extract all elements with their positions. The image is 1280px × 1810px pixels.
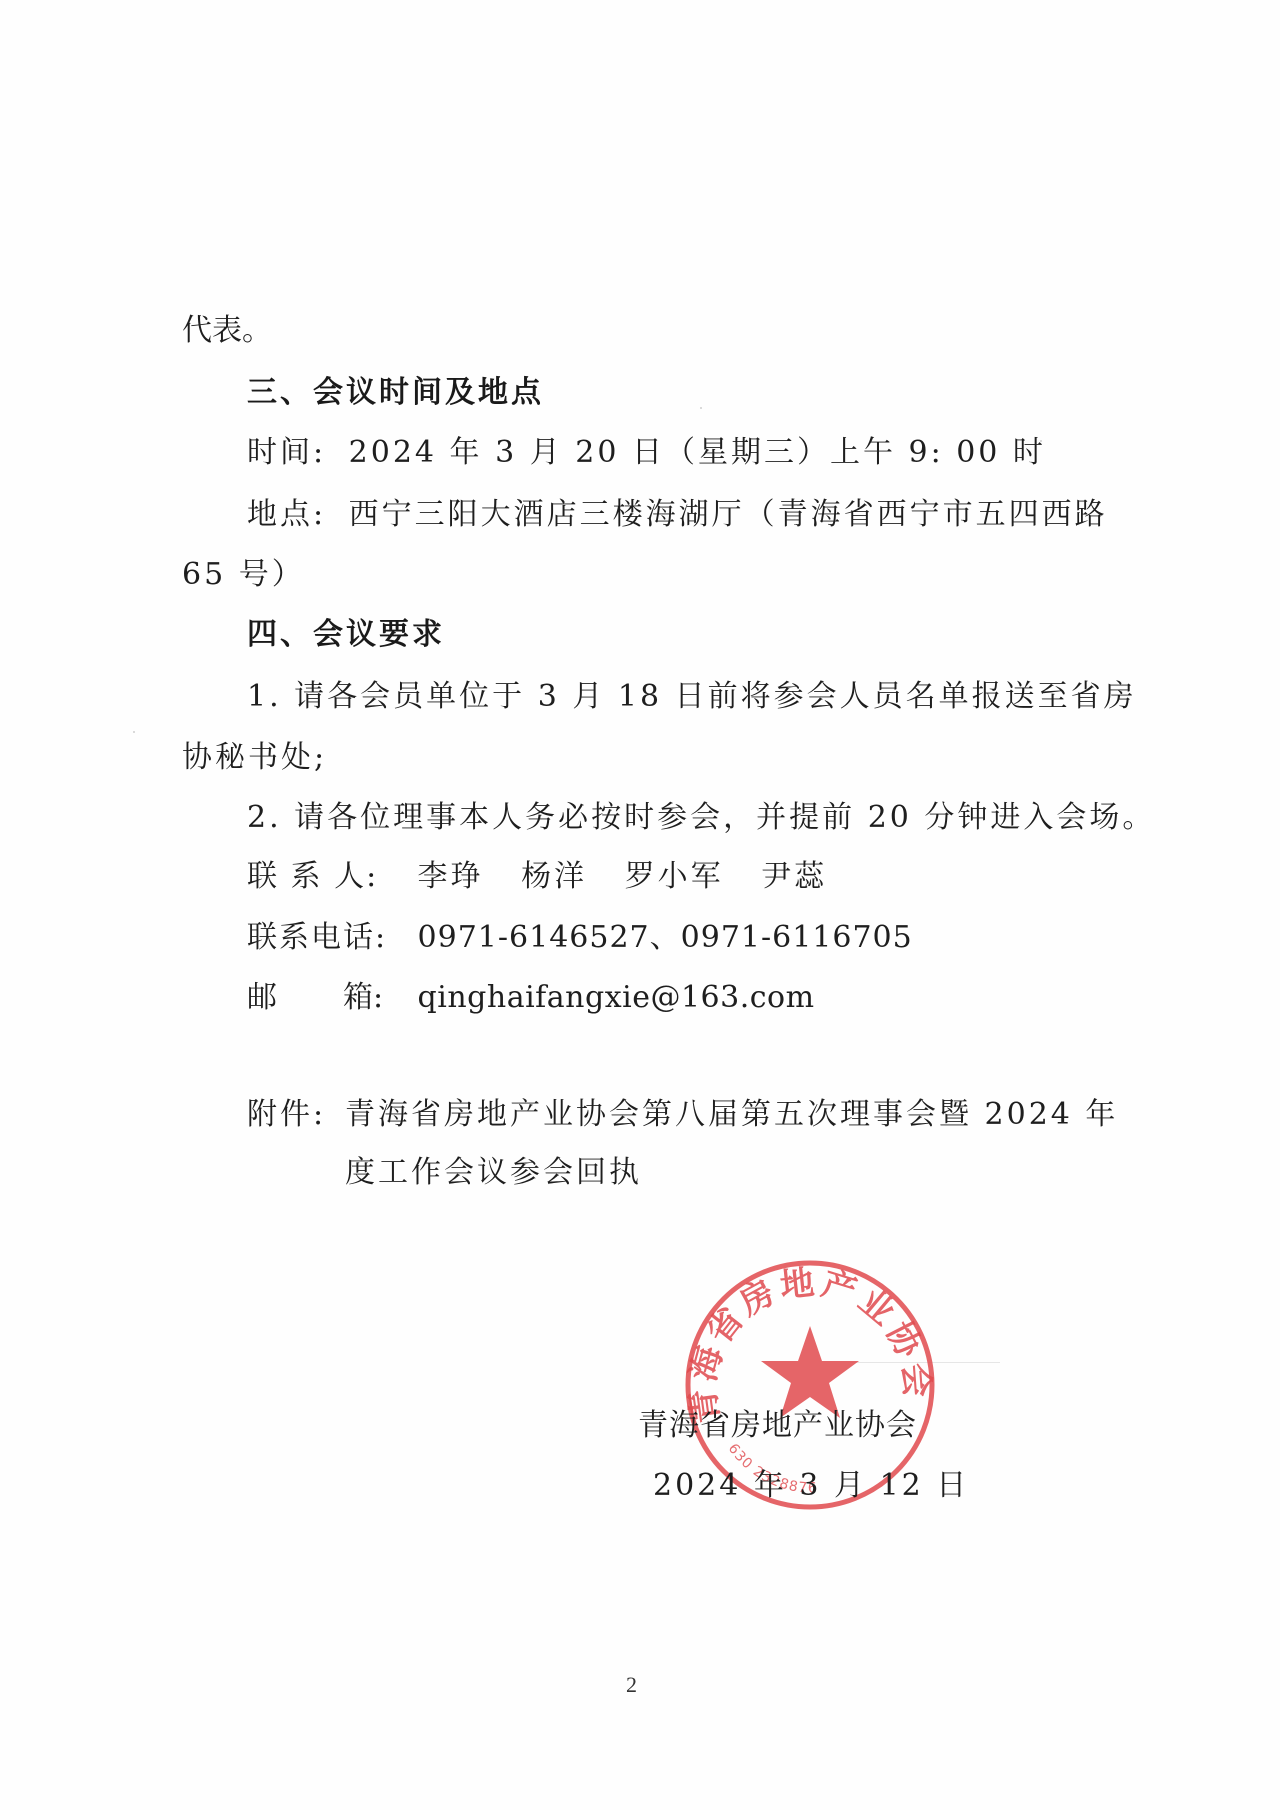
contact-persons-row: 联 系 人: 李琤 杨洋 罗小军 尹蕊 bbox=[247, 857, 827, 897]
requirement-item-1-continuation: 协秘书处; bbox=[182, 738, 327, 778]
contact-person: 尹蕊 bbox=[761, 859, 827, 894]
attachment-title-continuation: 度工作会议参会回执 bbox=[345, 1153, 642, 1193]
meeting-time-value: 2024 年 3 月 20 日（星期三）上午 9: 00 时 bbox=[349, 435, 1046, 470]
section-heading-time-location: 三、会议时间及地点 bbox=[247, 373, 544, 413]
contact-phone-row: 联系电话: 0971-6146527、0971-6116705 bbox=[247, 918, 913, 958]
document-page: 代表。 三、会议时间及地点 时间: 2024 年 3 月 20 日（星期三）上午… bbox=[0, 0, 1280, 1810]
section-heading-requirements: 四、会议要求 bbox=[247, 615, 445, 655]
requirement-item-1: 1. 请各会员单位于 3 月 18 日前将参会人员名单报送至省房 bbox=[247, 677, 1137, 717]
continuation-text: 代表。 bbox=[182, 311, 272, 351]
page-number: 2 bbox=[626, 1672, 637, 1698]
scan-speck bbox=[700, 407, 702, 409]
contact-phone-value: 0971-6146527、0971-6116705 bbox=[418, 920, 913, 955]
contact-email-row: 邮箱: qinghaifangxie@163.com bbox=[247, 978, 815, 1018]
contact-email-label-2: 箱: bbox=[343, 978, 408, 1018]
meeting-time-row: 时间: 2024 年 3 月 20 日（星期三）上午 9: 00 时 bbox=[247, 433, 1046, 473]
attachment-label: 附件: bbox=[247, 1095, 345, 1135]
attachment-title: 青海省房地产业协会第八届第五次理事会暨 2024 年 bbox=[345, 1097, 1118, 1132]
meeting-location-label: 地点: bbox=[247, 495, 326, 535]
meeting-location-continuation: 65 号） bbox=[182, 555, 305, 595]
meeting-location-value: 西宁三阳大酒店三楼海湖厅（青海省西宁市五四西路 bbox=[349, 497, 1108, 532]
contact-person: 李琤 bbox=[418, 859, 484, 894]
contact-email-value: qinghaifangxie@163.com bbox=[418, 980, 815, 1015]
contact-email-label-1: 邮 bbox=[247, 978, 343, 1018]
contact-phone-label: 联系电话: bbox=[247, 918, 408, 958]
signature-organization: 青海省房地产业协会 bbox=[638, 1400, 917, 1444]
contact-persons-label: 联 系 人: bbox=[247, 857, 408, 897]
scan-speck bbox=[133, 731, 135, 733]
contact-person: 罗小军 bbox=[625, 859, 724, 894]
attachment-row: 附件:青海省房地产业协会第八届第五次理事会暨 2024 年 bbox=[247, 1095, 1118, 1135]
requirement-item-2: 2. 请各位理事本人务必按时参会，并提前 20 分钟进入会场。 bbox=[247, 798, 1155, 838]
meeting-time-label: 时间: bbox=[247, 433, 326, 473]
scan-speck bbox=[1040, 440, 1042, 442]
meeting-location-row: 地点: 西宁三阳大酒店三楼海湖厅（青海省西宁市五四西路 bbox=[247, 495, 1108, 535]
signature-date: 2024 年 3 月 12 日 bbox=[653, 1460, 969, 1504]
contact-person: 杨洋 bbox=[521, 859, 587, 894]
